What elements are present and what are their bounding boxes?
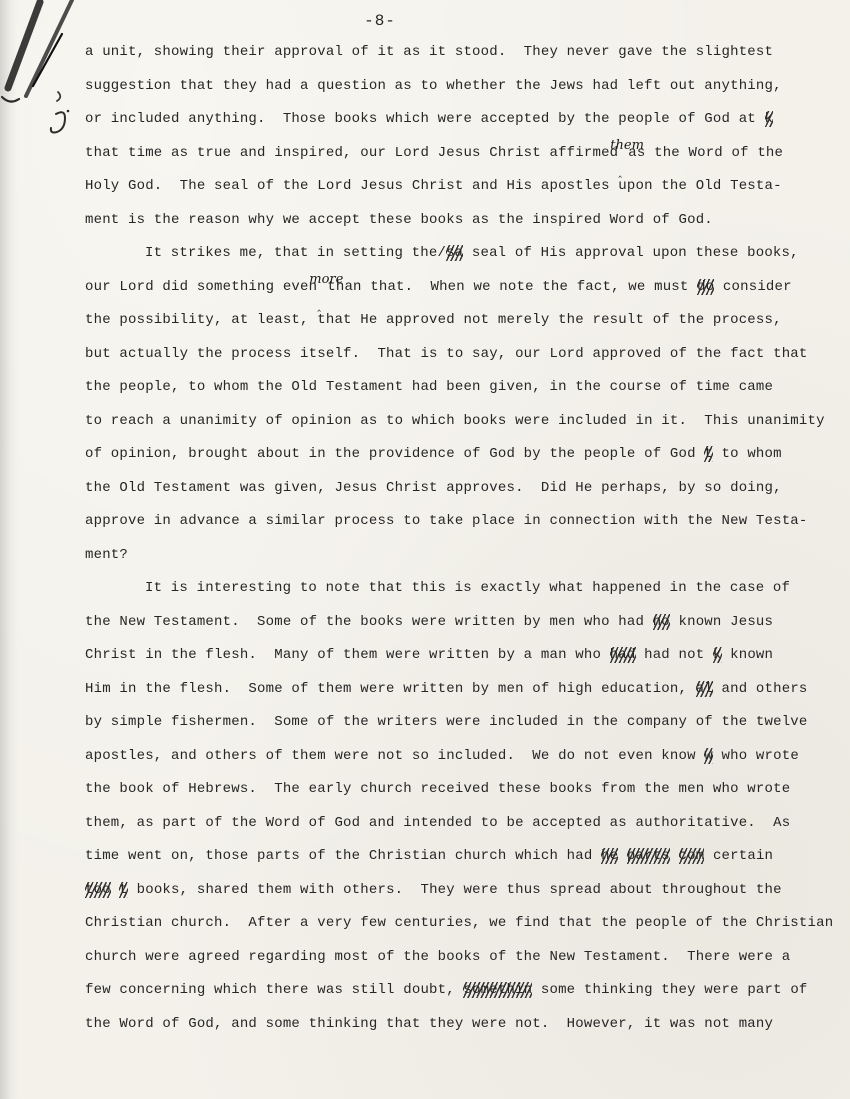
typed-text: certain [704, 848, 773, 864]
struck-text: k [765, 111, 774, 127]
typed-text: the people, to whom the Old Testament ha… [85, 379, 773, 395]
typed-text [670, 848, 679, 864]
typed-text: and others [713, 681, 808, 697]
typed-text: them, as part of the Word of God and int… [85, 815, 790, 831]
insertion-word: them [610, 139, 644, 152]
struck-text: sa [446, 245, 463, 261]
document-line: Holy God. The seal of the Lord Jesus Chr… [85, 178, 822, 212]
typed-text: It strikes me, that in setting the/ [145, 245, 446, 261]
document-line: by simple fishermen. Some of the writers… [85, 714, 822, 748]
document-line: of opinion, brought about in the provide… [85, 446, 822, 480]
document-line: or included anything. Those books which … [85, 111, 822, 145]
document-line: Him in the flesh. Some of them were writ… [85, 681, 822, 715]
typed-text: as the Word of the [628, 145, 783, 161]
struck-text: parts [627, 848, 670, 864]
document-line: few concerning which there was still dou… [85, 982, 822, 1016]
typed-text: Christian church. After a very few centu… [85, 915, 833, 931]
struck-text: no [653, 614, 670, 630]
typed-text: ment? [85, 547, 128, 563]
typed-text: It is interesting to note that this is e… [145, 580, 790, 596]
typewritten-page: -8- a unit, showing their approval of it… [0, 0, 850, 1099]
document-line: the Old Testament was given, Jesus Chris… [85, 480, 822, 514]
document-line: the book of Hebrews. The early church re… [85, 781, 822, 815]
document-line: It strikes me, that in setting the/sa se… [85, 245, 822, 279]
typed-text: seal of His approval upon these books, [463, 245, 798, 261]
struck-text: t [704, 446, 713, 462]
document-line: apostles, and others of them were not so… [85, 748, 822, 782]
typed-text: apostles, and others of them were not so… [85, 748, 704, 764]
typed-text: by simple fishermen. Some of the writers… [85, 714, 808, 730]
document-line: time went on, those parts of the Christi… [85, 848, 822, 882]
typed-text: the Old Testament was given, Jesus Chris… [85, 480, 782, 496]
document-line: that time as true and inspired, our Lord… [85, 145, 822, 179]
typed-text: some thinking they were part of [532, 982, 807, 998]
typed-text: ment is the reason why we accept these b… [85, 212, 713, 228]
typed-text: the New Testament. Some of the books wer… [85, 614, 653, 630]
typed-text: church were agreed regarding most of the… [85, 949, 790, 965]
typed-text: approve in advance a similar process to … [85, 513, 808, 529]
typed-text: known Jesus [670, 614, 773, 630]
document-body: a unit, showing their approval of it as … [85, 44, 822, 1049]
document-line: Christ in the flesh. Many of them were w… [85, 647, 822, 681]
document-line: them, as part of the Word of God and int… [85, 815, 822, 849]
insertion-caret-icon: ‸ [317, 299, 321, 313]
struck-text: al [696, 681, 713, 697]
typed-text: to reach a unanimity of opinion as to wh… [85, 413, 825, 429]
typed-text: the book of Hebrews. The early church re… [85, 781, 790, 797]
struck-text: com [679, 848, 705, 864]
document-line: but actually the process itself. That is… [85, 346, 822, 380]
document-line: the New Testament. Some of the books wer… [85, 614, 822, 648]
struck-text: w [704, 748, 713, 764]
struck-text: k [713, 647, 722, 663]
typed-text: suggestion that they had a question as t… [85, 78, 782, 94]
typed-text: our Lord did something even [85, 279, 317, 295]
typed-text [618, 848, 627, 864]
document-line: church were agreed regarding most of the… [85, 949, 822, 983]
struck-text: somethin [463, 982, 532, 998]
document-line: ment? [85, 547, 822, 581]
typed-text: who wrote [713, 748, 799, 764]
typed-text: that time as true and inspired, our Lord… [85, 145, 618, 161]
document-line: the possibility, at least, that He appro… [85, 312, 822, 346]
document-line: the Word of God, and some thinking that … [85, 1016, 822, 1050]
typed-text: Christ in the flesh. Many of them were w… [85, 647, 610, 663]
struck-text: he [601, 848, 618, 864]
document-line: It is interesting to note that this is e… [85, 580, 822, 614]
struck-text: too [85, 882, 111, 898]
typed-text: Holy God. The seal of the Lord Jesus Chr… [85, 178, 782, 194]
page-number: -8- [330, 12, 430, 30]
document-line: a unit, showing their approval of it as … [85, 44, 822, 78]
document-line: to reach a unanimity of opinion as to wh… [85, 413, 822, 447]
typed-text: books, shared them with others. They wer… [128, 882, 782, 898]
typed-text: or included anything. Those books which … [85, 111, 765, 127]
document-line: the people, to whom the Old Testament ha… [85, 379, 822, 413]
insertion-caret-icon: ‸ [618, 165, 622, 179]
typed-text: consider [714, 279, 791, 295]
typed-text: of opinion, brought about in the provide… [85, 446, 704, 462]
struck-text: had [610, 647, 636, 663]
typed-text: a unit, showing their approval of it as … [85, 44, 773, 60]
document-line: Christian church. After a very few centu… [85, 915, 822, 949]
document-line: ment is the reason why we accept these b… [85, 212, 822, 246]
document-line: suggestion that they had a question as t… [85, 78, 822, 112]
document-line: our Lord did something even‸morethan tha… [85, 279, 822, 313]
document-line: approve in advance a similar process to … [85, 513, 822, 547]
typed-text: few concerning which there was still dou… [85, 982, 463, 998]
typed-text: known [722, 647, 774, 663]
struck-text: t [119, 882, 128, 898]
struck-text: do [697, 279, 714, 295]
typed-text: the possibility, at least, that He appro… [85, 312, 782, 328]
typed-text: had not [636, 647, 713, 663]
document-line: too t books, shared them with others. Th… [85, 882, 822, 916]
typed-text: time went on, those parts of the Christi… [85, 848, 601, 864]
typed-text: to whom [713, 446, 782, 462]
typed-text: the Word of God, and some thinking that … [85, 1016, 773, 1032]
typed-text: but actually the process itself. That is… [85, 346, 808, 362]
typed-text: Him in the flesh. Some of them were writ… [85, 681, 696, 697]
insertion-word: more [309, 273, 343, 286]
typed-text: than that. When we note the fact, we mus… [327, 279, 697, 295]
